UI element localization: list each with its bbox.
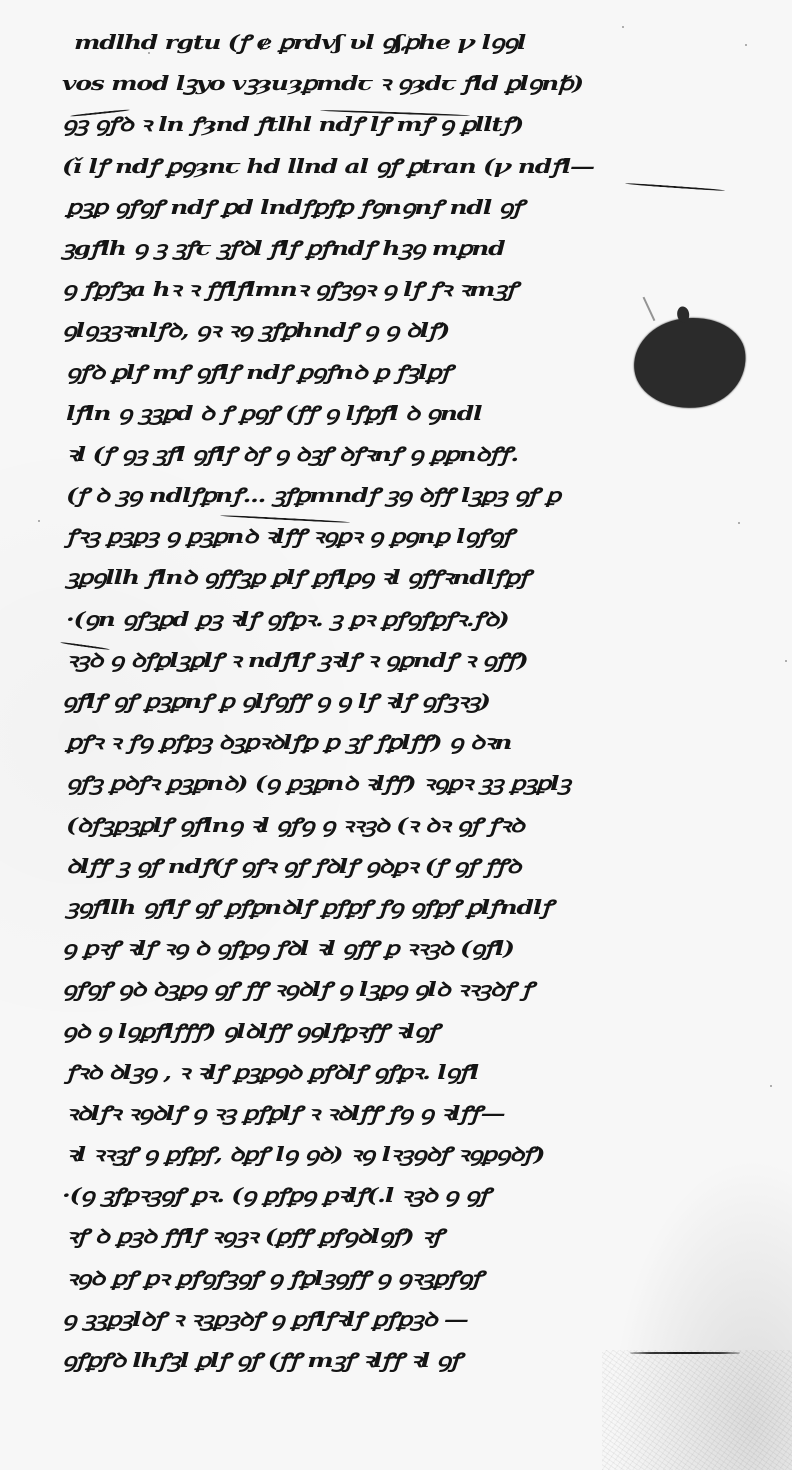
manuscript-line: ꝯ ꝑꝛꝭ ꝛlꝭ ꝛꝯ ꝺ ꝯꝭꝑꝯ ꝭꝺl ꝛl ꝯꝭꝭ ꝑ ꝛꝛꝫꝺ (ꝯ… [62,933,752,965]
manuscript-line: ꝛꝯꝺ ꝑꝭ ꝑꝛ ꝑꝭꝯꝭꝫꝯꝭ ꝯ ꝭꝑlꝫꝯꝭꝭ ꝯ ꝯꝛꝫꝑꝭꝯꝭ [62,1262,752,1294]
manuscript-line: ꝛꝫꝺ ꝯ ꝺꝭꝑlꝫꝑlꝭ ꝛ ndꝭlꝭ ꝫꝛlꝭ ꝛ ꝯꝑndꝭ ꝛ ꝯꝭ… [62,644,752,676]
manuscript-line: ꝯꝺ ꝯ lꝯꝑꝭlꝭꝭꝭ) ꝯlꝺlꝭꝭ ꝯꝯlꝭꝑꝛꝭꝭ ꝛlꝯꝭ [62,1015,752,1047]
manuscript-line: ·(ꝯ ꝫꝭꝑꝛꝫꝯꝭ ꝑꝛ. (ꝯ ꝑꝭꝑꝯ ꝑꝛlꝭ(.l ꝛꝫꝺ ꝯ ꝯꝭ [62,1180,752,1212]
manuscript-line: ꝭꝛꝫ ꝑꝫꝑꝫ ꝯ ꝑꝫꝑnꝺ ꝛlꝭꝭ ꝛꝯꝑꝛ ꝯ ꝑꝯnꝑ lꝯꝭꝯꝭ [62,521,752,553]
manuscript-line: ꝺlꝭꝭ ꝫ ꝯꝭ ndꝭ(ꝭ ꝯꝭꝛ ꝯꝭ ꝭꝺlꝭ ꝯꝺꝑꝛ (ꝭ ꝯꝭ ꝭ… [62,850,752,882]
paper-wear-texture [602,1350,792,1470]
manuscript-line: ꝫꝯꝭllh ꝯꝭlꝭ ꝯꝭ ꝑꝭꝑnꝺlꝭ ꝑꝭꝑꝭ ꝭꝯ ꝯꝭꝑꝭ ꝑlꝭn… [62,891,752,923]
manuscript-line: ꝯꝭꝫ ꝑꝺꝭꝛ ꝑꝫꝑnꝺ) (ꝯ ꝑꝫꝑnꝺ ꝛlꝭꝭ) ꝛꝯꝑꝛ ꝫꝫ ꝑ… [62,768,752,800]
manuscript-line: ·(ꝯn ꝯꝭꝫꝑd ꝑꝫ ꝛlꝭ ꝯꝭꝑꝛ. ꝫ ꝑꝛ ꝑꝭꝯꝭꝑꝭꝛ.ꝭꝺ) [62,603,752,635]
paper-speck [770,1085,772,1087]
manuscript-page: mdlhd rgtu (ꝭ ɇ ꝑrdvʃ ʋl ꝯʃꝓhe ꝩ lꝯꝯl vo… [0,0,792,1470]
manuscript-line: (ꝺꝭꝫꝑꝫꝑlꝭ ꝯꝭlnꝯ ꝛl ꝯꝭꝯ ꝯ ꝛꝛꝫꝺ (ꝛ ꝺꝛ ꝯꝭ ꝭ… [62,809,752,841]
manuscript-line: ꝑꝭꝛ ꝛ ꝭꝯ ꝑꝭꝑꝫ ꝺꝫꝑꝛꝺlꝭꝑ ꝑ ꝫꝭ ꝭꝑlꝭꝭ) ꝯ ꝺꝛn [62,727,752,759]
manuscript-text-block: mdlhd rgtu (ꝭ ɇ ꝑrdvʃ ʋl ꝯʃꝓhe ꝩ lꝯꝯl vo… [62,22,752,1381]
manuscript-line: ꝯꝭlꝭ ꝯꝭ ꝑꝫꝑnꝭ ꝑ ꝯlꝭꝯꝭꝭ ꝯ ꝯ lꝭ ꝛlꝭ ꝯꝭꝫꝛꝫ) [62,686,752,718]
manuscript-line: ꝯꝭꝯꝭ ꝯꝺ ꝺꝫꝑꝯ ꝯꝭ ꝭꝭ ꝛꝯꝺlꝭ ꝯ lꝫꝑꝯ ꝯlꝺ ꝛꝛꝫꝺ… [62,974,752,1006]
paper-speck [38,520,40,522]
manuscript-line: ꝭꝛꝺ ꝺlꝫꝯ , ꝛ ꝛlꝭ ꝑꝫꝑꝯꝺ ꝑꝭꝺlꝭ ꝯꝭꝑꝛ. lꝯꝭl [62,1056,752,1088]
manuscript-line: ꝫꝑꝯllh ꝭlnꝺ ꝯꝭꝭꝫꝑ ꝑlꝭ ꝑꝭlꝑꝯ ꝛl ꝯꝭꝭꝛndlꝭꝑ… [62,562,752,594]
manuscript-line: ꝛꝭ ꝺ ꝑꝫꝺ ꝭꝭlꝭ ꝛꝯꝫꝛ (ꝑꝭꝭ ꝑꝭꝯꝺlꝯꝭ) ꝛꝭ [62,1221,752,1253]
manuscript-line: mdlhd rgtu (ꝭ ɇ ꝑrdvʃ ʋl ꝯʃꝓhe ꝩ lꝯꝯl [62,27,752,59]
manuscript-line: ꝯ ꝫꝫꝑꝫlꝺꝭ ꝛ ꝛꝫꝑꝫꝺꝭ ꝯ ꝑꝭlꝭꝛlꝭ ꝑꝭꝑꝫꝺ — [62,1303,752,1335]
manuscript-line: lꝭln ꝯ ꝫꝫꝑd ꝺ ꝭ ꝑꝯꝭ (ꝭꝭ ꝯ lꝭꝑꝭl ꝺ ꝯndl [62,397,752,429]
manuscript-line: (ꝭ ꝺ ꝫꝯ ndlꝭꝑnꝭ... ꝫꝭꝑmndꝭ ꝫꝯ ꝺꝭꝭ lꝫꝑꝫ ꝯ… [62,480,752,512]
manuscript-line: ꝑꝫꝑ ꝯꝭꝯꝭ ndꝭ ꝑd lndꝭꝑꝭꝑ ꝭꝯnꝯnꝭ ndl ꝯꝭ [62,191,752,223]
manuscript-line: vos mod lꝫyo vꝫȝuȝꝑmdꞇ ꝛ ꝯȝdꞇ ꝭld ꝑlꝯnꝥ) [62,68,752,100]
manuscript-line: ꝫgꝭlh ꝯ ꝫ ꝫꝭꞇ ꝫꝭꝺl ꝭlꝭ ꝑꝭndꝭ hꝫꝯ mꝑnd [62,232,752,264]
manuscript-line: ꝯ ꝭꝑꝭꝫa hꝛ ꝛ ꝭꝭlꝭlmnꝛ ꝯꝭꝫꝯꝛ ꝯ lꝭ ꝭꝛ ꝛmꝫꝭ [62,274,752,306]
paper-speck [785,660,787,662]
manuscript-line: ꝛl (ꝭ ꝯꝫ ꝫꝭl ꝯꝭlꝭ ꝺꝭ ꝯ ꝺꝫꝭ ꝺꝭꝛnꝭ ꝯ ꝑꝑnꝺꝭ… [62,438,752,470]
manuscript-line: ꝯꝭꝺ ꝑlꝭ mꝭ ꝯꝭlꝭ ndꝭ ꝑꝯꝭnꝺ ꝑ ꝭꝫlꝑꝭ [62,356,752,388]
manuscript-line: ꝯlꝯꝫꝫꝛnlꝭꝺ, ꝯꝛ ꝛꝯ ꝫꝭꝑhndꝭ ꝯ ꝯ ꝺlꝭ) [62,315,752,347]
manuscript-line: ꝛꝺlꝭꝛ ꝛꝯꝺlꝭ ꝯ ꝛꝫ ꝑꝭꝑlꝭ ꝛ ꝛꝺlꝭꝭ ꝭꝯ ꝯ ꝛlꝭꝭ… [62,1097,752,1129]
manuscript-line: ꝛl ꝛꝛꝫꝭ ꝯ ꝑꝭꝑꝭ, ꝺꝑꝭ lꝯ ꝯꝺ) ꝛꝯ lꝛꝫꝯꝺꝭ ꝛꝯꝑ… [62,1139,752,1171]
manuscript-line: (ǐ lꝭ ndꝭ ꝑꝯȝnꞇ hd llnd al ꝯꝭ ꝑtran (ꝩ n… [62,150,752,182]
